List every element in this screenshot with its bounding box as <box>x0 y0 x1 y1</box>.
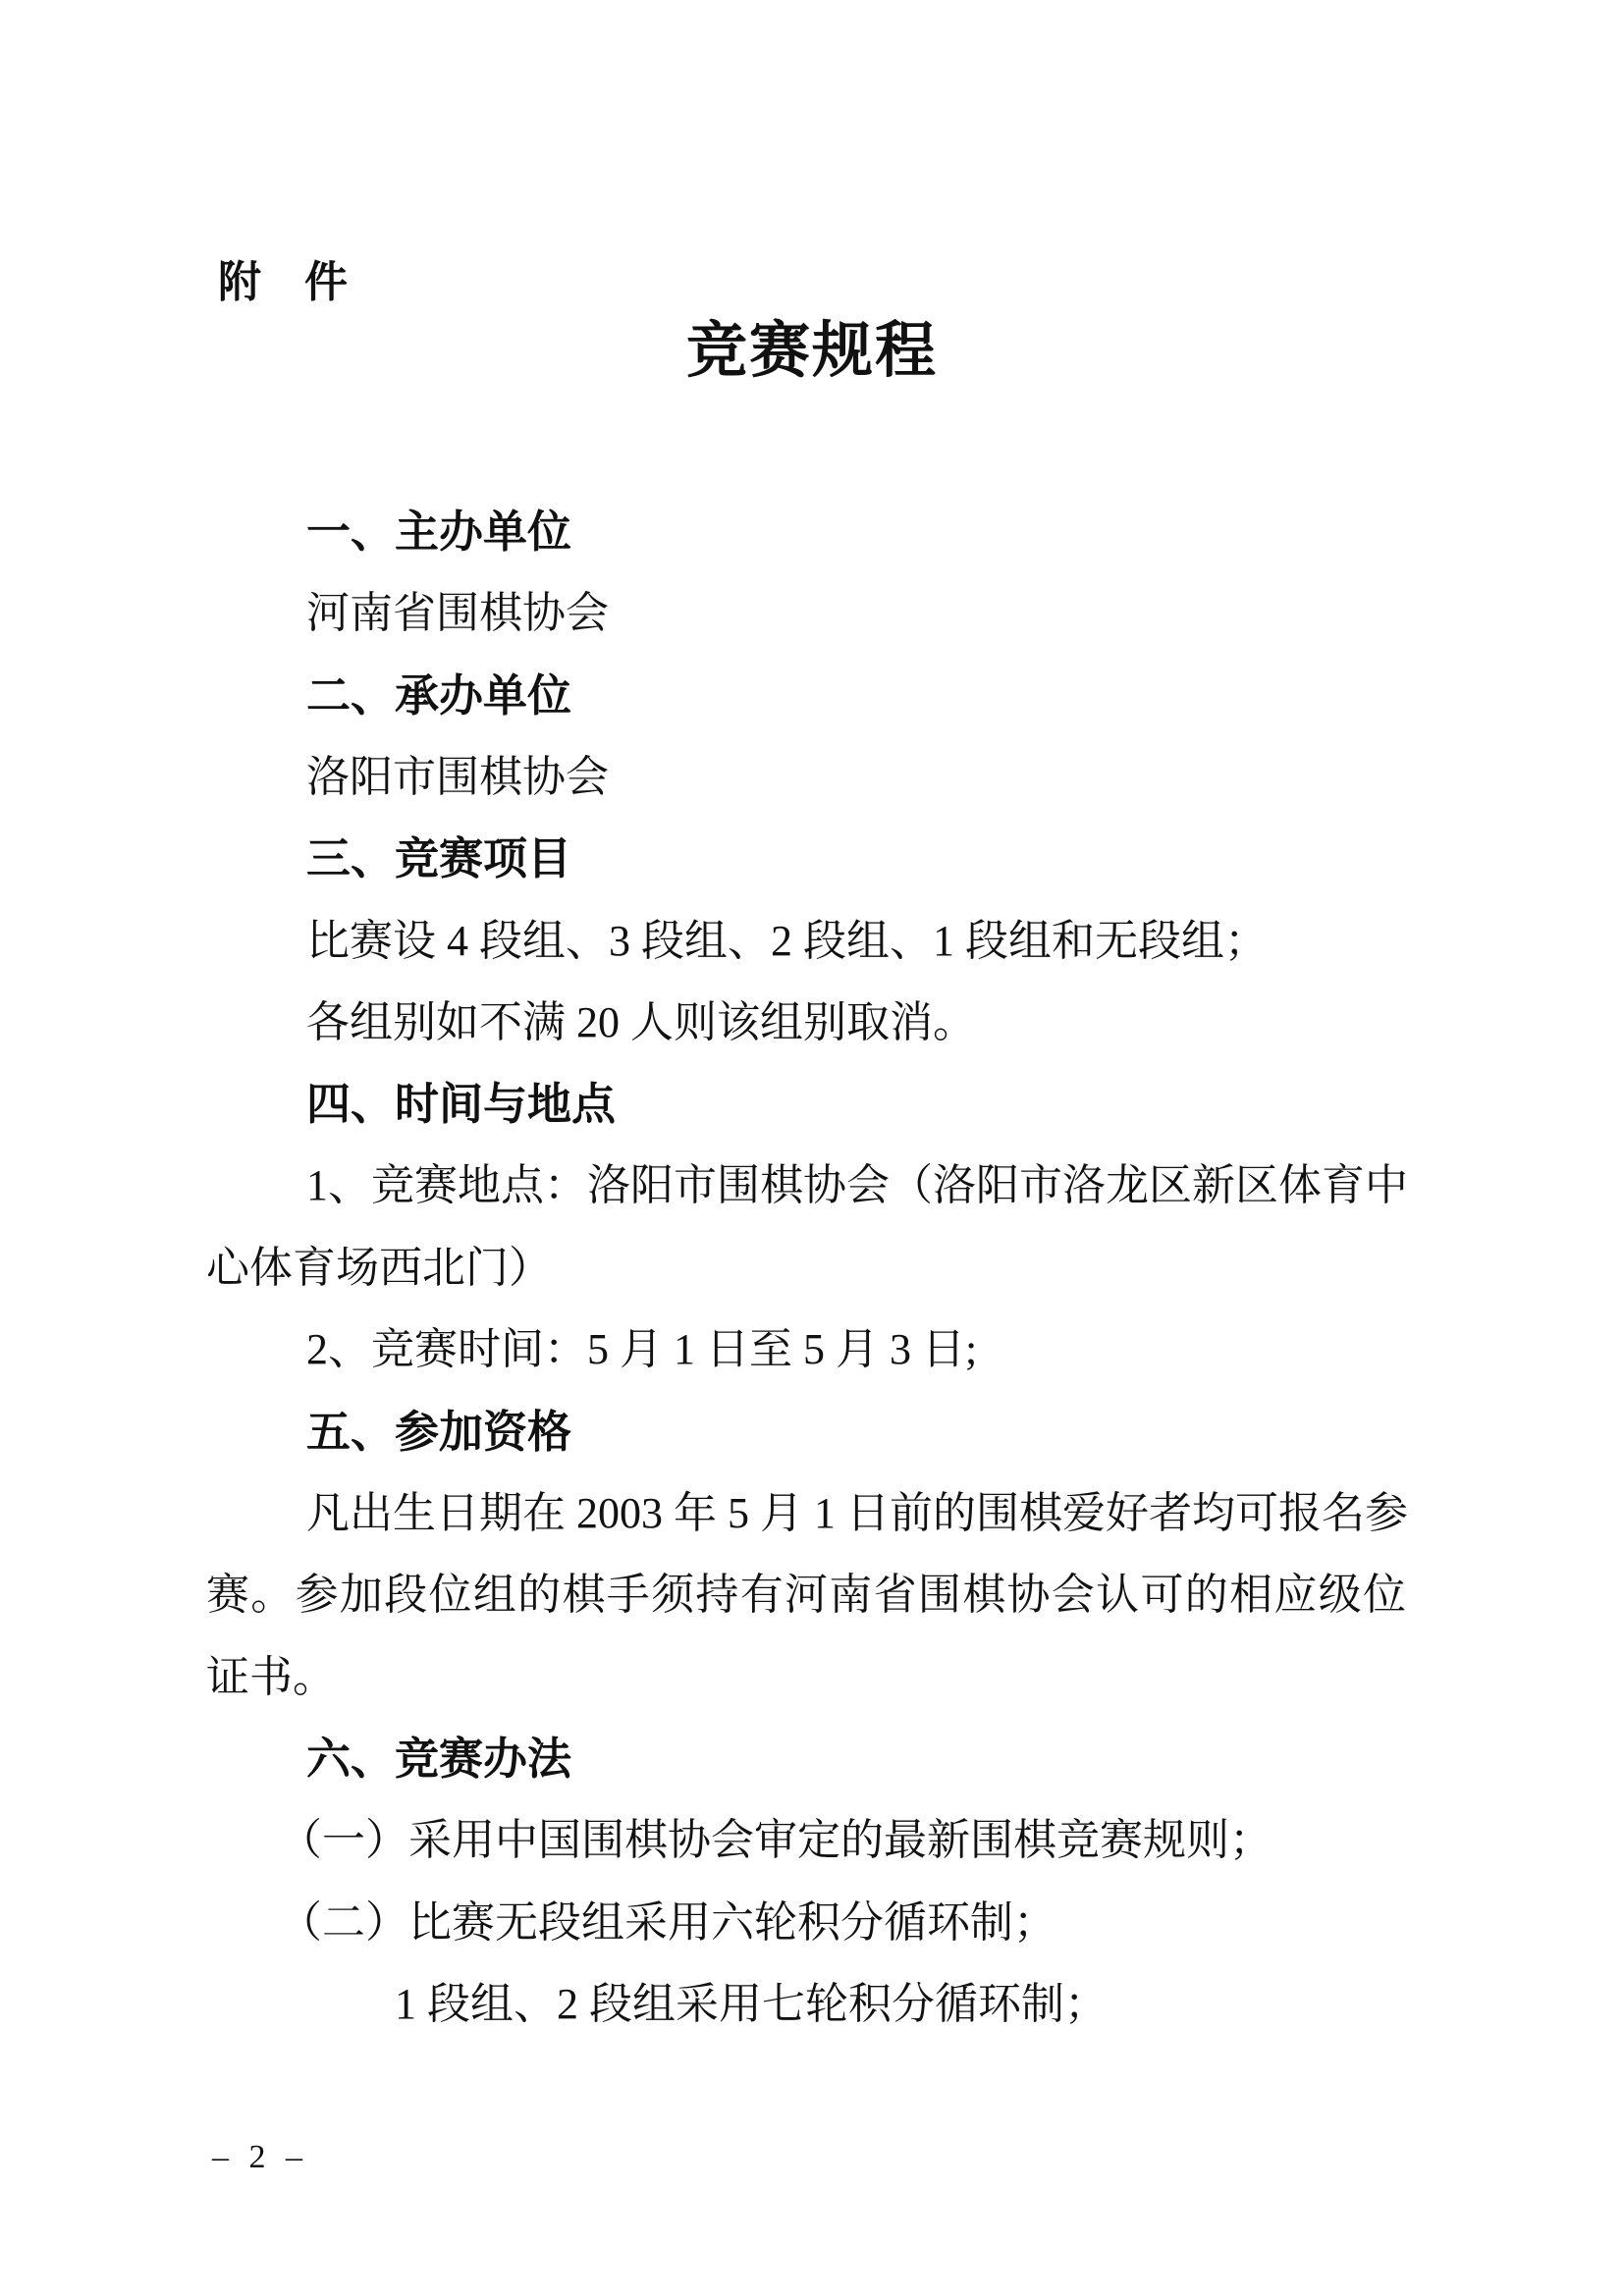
section-heading-6: 六、竞赛办法 <box>306 1734 571 1785</box>
section-heading-5: 五、参加资格 <box>306 1407 571 1458</box>
body-line-eligibility-3: 证书。 <box>206 1652 336 1703</box>
section-heading-1: 一、主办单位 <box>306 507 571 558</box>
body-line-rule-1: （一）采用中国围棋协会审定的最新围棋竞赛规则； <box>279 1815 1272 1866</box>
body-line-groups: 比赛设 4 段组、3 段组、2 段组、1 段组和无段组； <box>306 916 1268 967</box>
body-line-eligibility-1: 凡出生日期在 2003 年 5 月 1 日前的围棋爱好者均可报名参 <box>306 1488 1406 1539</box>
body-line-date: 2、竞赛时间：5 月 1 日至 5 月 3 日; <box>306 1324 977 1375</box>
body-line-organizer: 河南省围棋协会 <box>306 588 609 639</box>
page-number: – 2 – <box>212 2138 308 2177</box>
body-line-rule-2b: 1 段组、2 段组采用七轮积分循环制； <box>395 1979 1108 2030</box>
section-heading-2: 二、承办单位 <box>306 670 571 721</box>
body-line-venue-1: 1、竞赛地点：洛阳市围棋协会（洛阳市洛龙区新区体育中 <box>306 1160 1406 1211</box>
body-line-rule-2: （二）比赛无段组采用六轮积分循环制； <box>279 1897 1056 1949</box>
attachment-label: 附 件 <box>218 257 348 308</box>
body-line-eligibility-2: 赛。参加段位组的棋手须持有河南省围棋协会认可的相应级位 <box>206 1570 1406 1621</box>
body-line-host: 洛阳市围棋协会 <box>306 752 609 803</box>
body-line-venue-2: 心体育场西北门） <box>206 1243 552 1294</box>
document-title: 竞赛规程 <box>206 316 1418 387</box>
body-line-group-cancel: 各组别如不满 20 人则该组别取消。 <box>306 997 976 1048</box>
section-heading-3: 三、竞赛项目 <box>306 833 571 884</box>
section-heading-4: 四、时间与地点 <box>306 1079 616 1130</box>
document-page: 附 件 竞赛规程 一、主办单位 河南省围棋协会 二、承办单位 洛阳市围棋协会 三… <box>0 0 1624 2296</box>
